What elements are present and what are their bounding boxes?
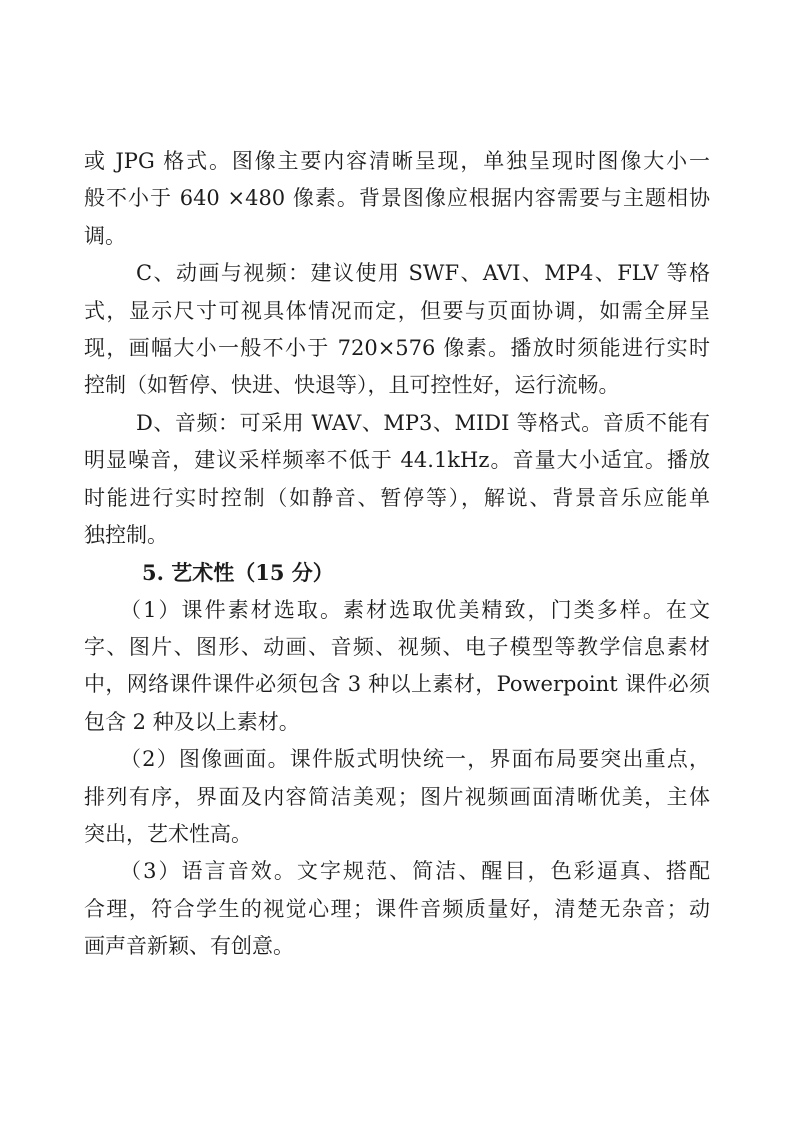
text-line: 明显噪音，建议采样频率不低于 44.1kHz。音量大小适宜。播放 — [84, 442, 710, 479]
text-line: 控制（如暂停、快进、快退等），且可控性好，运行流畅。 — [84, 367, 710, 404]
text-line: 画声音新颖、有创意。 — [84, 928, 710, 965]
text-line: （3）语言音效。文字规范、简洁、醒目，色彩逼真、搭配 — [84, 853, 710, 890]
text-line: D、音频：可采用 WAV、MP3、MIDI 等格式。音质不能有 — [84, 405, 710, 442]
text-line: 现，画幅大小一般不小于 720×576 像素。播放时须能进行实时 — [84, 330, 710, 367]
paragraph-animation-video: C、动画与视频：建议使用 SWF、AVI、MP4、FLV 等格 式，显示尺寸可视… — [84, 255, 710, 405]
text-line: 独控制。 — [84, 517, 710, 554]
text-line: （2）图像画面。课件版式明快统一，界面布局要突出重点， — [84, 741, 710, 778]
text-line: 调。 — [84, 218, 710, 255]
text-line: C、动画与视频：建议使用 SWF、AVI、MP4、FLV 等格 — [84, 255, 710, 292]
text-line: 式，显示尺寸可视具体情况而定，但要与页面协调，如需全屏呈 — [84, 293, 710, 330]
text-line: 合理，符合学生的视觉心理；课件音频质量好，清楚无杂音；动 — [84, 891, 710, 928]
text-line: 包含 2 种及以上素材。 — [84, 704, 710, 741]
paragraph-language-sound: （3）语言音效。文字规范、简洁、醒目，色彩逼真、搭配 合理，符合学生的视觉心理；… — [84, 853, 710, 965]
heading-text: 5. 艺术性（15 分） — [84, 554, 710, 591]
text-line: 排列有序，界面及内容简洁美观；图片视频画面清晰优美，主体 — [84, 779, 710, 816]
text-line: 般不小于 640 ×480 像素。背景图像应根据内容需要与主题相协 — [84, 180, 710, 217]
text-line: （1）课件素材选取。素材选取优美精致，门类多样。在文 — [84, 592, 710, 629]
text-line: 中，网络课件课件必须包含 3 种以上素材，Powerpoint 课件必须 — [84, 666, 710, 703]
text-line: 时能进行实时控制（如静音、暂停等），解说、背景音乐应能单 — [84, 480, 710, 517]
paragraph-image-screen: （2）图像画面。课件版式明快统一，界面布局要突出重点， 排列有序，界面及内容简洁… — [84, 741, 710, 853]
document-page: 或 JPG 格式。图像主要内容清晰呈现，单独呈现时图像大小一 般不小于 640 … — [0, 0, 794, 1122]
section-heading-artistry: 5. 艺术性（15 分） — [84, 554, 710, 591]
paragraph-material-selection: （1）课件素材选取。素材选取优美精致，门类多样。在文 字、图片、图形、动画、音频… — [84, 592, 710, 742]
text-line: 或 JPG 格式。图像主要内容清晰呈现，单独呈现时图像大小一 — [84, 143, 710, 180]
text-line: 突出，艺术性高。 — [84, 816, 710, 853]
text-line: 字、图片、图形、动画、音频、视频、电子模型等教学信息素材 — [84, 629, 710, 666]
paragraph-image-format: 或 JPG 格式。图像主要内容清晰呈现，单独呈现时图像大小一 般不小于 640 … — [84, 143, 710, 255]
paragraph-audio: D、音频：可采用 WAV、MP3、MIDI 等格式。音质不能有 明显噪音，建议采… — [84, 405, 710, 555]
document-body: 或 JPG 格式。图像主要内容清晰呈现，单独呈现时图像大小一 般不小于 640 … — [84, 143, 710, 966]
